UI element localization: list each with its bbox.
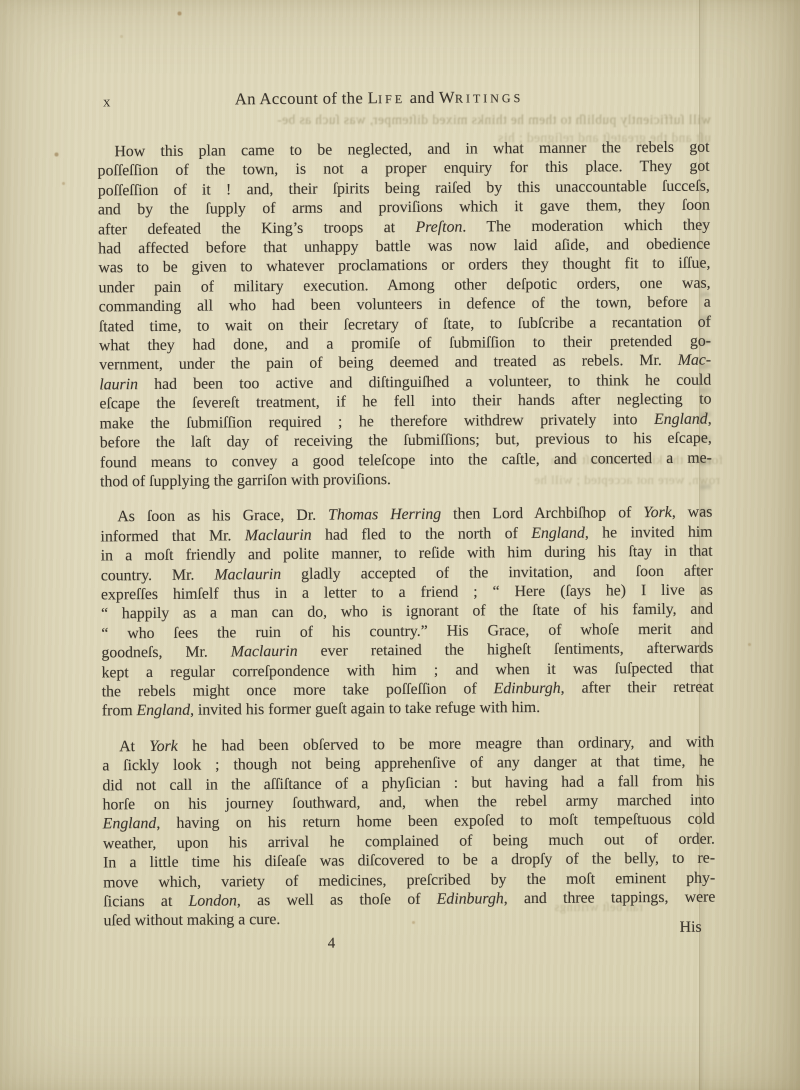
paragraph: As ſoon as his Grace, Dr. Thomas Herring… — [100, 503, 714, 721]
running-title-writings-smallcaps: RITINGS — [455, 91, 523, 106]
paragraph: How this plan came to be neglected, and … — [97, 138, 712, 492]
signature-mark: 4 — [104, 932, 716, 954]
running-header: x An Account of the LIFE and WRITINGS — [97, 86, 709, 115]
book-page: will ſufficiently publiſh to them he thi… — [0, 0, 800, 1090]
page-number: x — [103, 94, 110, 111]
body-text: How this plan came to be neglected, and … — [97, 138, 715, 932]
running-title-and: and — [405, 88, 439, 107]
running-title-life-initial: L — [368, 88, 379, 107]
text-block: x An Account of the LIFE and WRITINGS Ho… — [97, 86, 716, 955]
text-line: from England, invited his former gueſt a… — [102, 697, 714, 721]
text-line: thod of ſupplying the garriſon with prov… — [100, 467, 712, 491]
running-title-prefix: An Account of the — [235, 88, 368, 108]
catchword: His — [680, 919, 702, 937]
running-title-writings-initial: W — [439, 88, 455, 107]
text-line: uſed without making a cure. — [103, 907, 715, 931]
paragraph: At York he had been obſerved to be more … — [102, 732, 716, 931]
running-title: An Account of the LIFE and WRITINGS — [97, 86, 709, 111]
foxing-specks — [0, 0, 3, 3]
running-title-life-smallcaps: IFE — [378, 92, 405, 106]
